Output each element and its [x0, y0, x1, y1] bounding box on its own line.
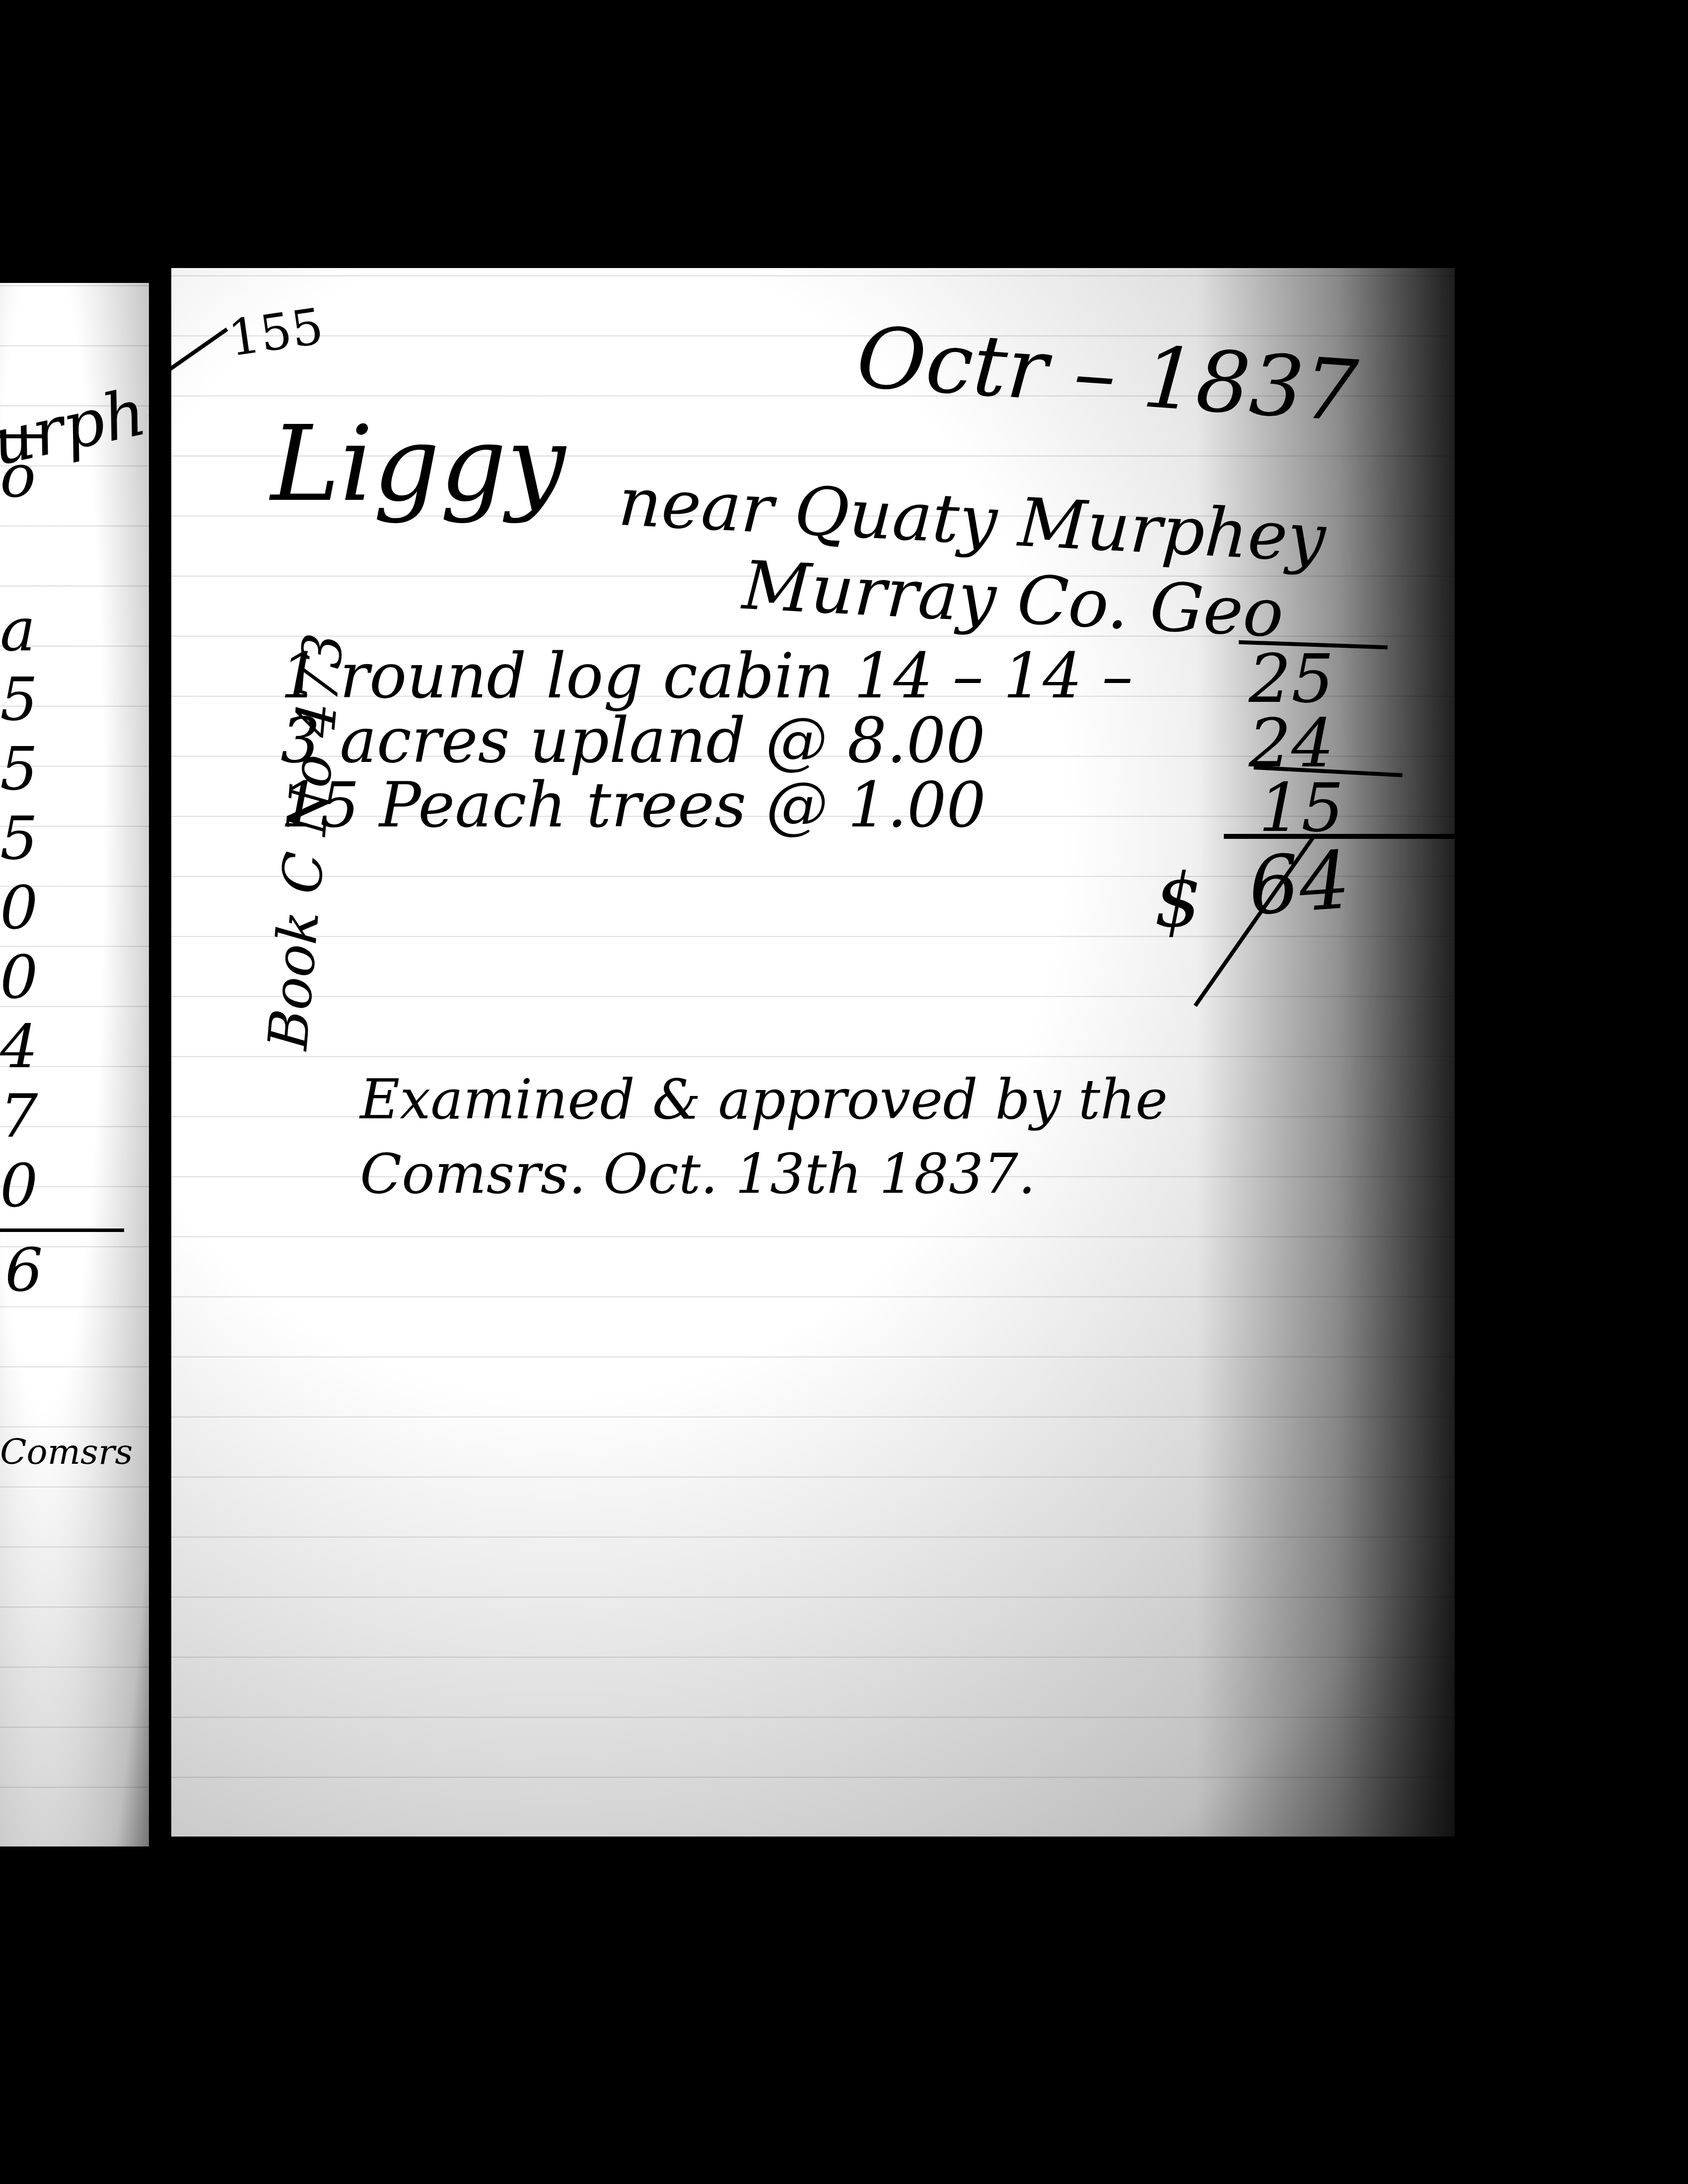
item-1-description: 1 round log cabin 14 – 14 – — [281, 645, 1133, 707]
total-currency-symbol: $ — [1154, 864, 1201, 938]
left-value-8: 7 — [0, 1087, 38, 1147]
item-1-amount: 25 — [1249, 645, 1334, 712]
left-underline — [0, 434, 45, 438]
entry-number: 155 — [225, 301, 326, 364]
left-subheading-fragment: o — [0, 447, 36, 506]
left-value-5: 0 — [0, 879, 38, 938]
left-footer-fragment: Comsrs — [0, 1434, 133, 1469]
item-2-description: 3 acres upland @ 8.00 — [281, 710, 985, 772]
item-3-amount: 15 — [1259, 774, 1344, 841]
approval-line-2: Comsrs. Oct. 13th 1837. — [360, 1147, 1036, 1201]
date-heading: Octr – 1837 — [854, 315, 1360, 434]
left-value-1: a — [0, 601, 36, 660]
left-value-4: 5 — [0, 809, 38, 869]
location-line-1: near Quaty Murphey — [617, 468, 1327, 572]
claimant-name: Liggy — [271, 412, 565, 516]
item-3-description: 15 Peach trees @ 1.00 — [281, 774, 986, 836]
ledger-page: 155 Liggy Octr – 1837 Book C No 473 near… — [171, 268, 1455, 1837]
left-total-fragment: 6 — [5, 1241, 43, 1300]
left-value-9: 0 — [0, 1157, 38, 1216]
total-amount: 64 — [1246, 840, 1352, 927]
left-total-rule — [0, 1228, 124, 1232]
left-value-6: 0 — [0, 948, 38, 1008]
left-value-7: 4 — [0, 1018, 38, 1077]
left-page-fragment: urphey o a 5 5 5 0 0 4 7 0 6 Comsrs — [0, 283, 149, 1846]
left-value-2: 5 — [0, 670, 38, 730]
entry-slash — [171, 328, 228, 405]
left-value-3: 5 — [0, 740, 38, 799]
approval-line-1: Examined & approved by the — [360, 1072, 1168, 1127]
